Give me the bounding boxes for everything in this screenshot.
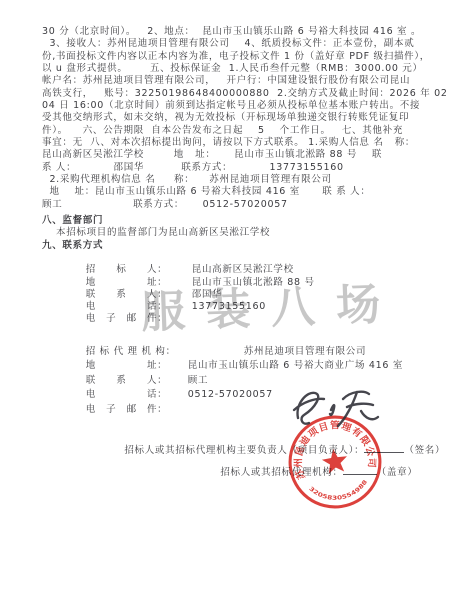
document-body: 30 分（北京时间）。 2、地点： 昆山市玉山镇乐山路 6 号裕大科技园 416… xyxy=(0,0,450,600)
body-line: 份,书面投标文件内容以正本内容为准，电子投标文件 1 份（盖好章 PDF 级扫描… xyxy=(42,51,428,63)
contact-value: 苏州昆迪项目管理有限公司 xyxy=(244,346,366,357)
contact-heading: 九、联系方式 xyxy=(42,240,270,252)
contact-label: 地 址： xyxy=(86,359,188,374)
contact-value: 昆山市玉山镇北淞路 88 号 xyxy=(192,277,315,288)
contact-label: 联 系 人： xyxy=(86,374,188,389)
contact-label: 招 标 代 理 机 构： xyxy=(86,345,244,360)
body-line: 04 日 16:00（北京时间）前须到达指定帐号且必须从投标单位基本账户转出。不… xyxy=(42,100,428,112)
body-line: 2.采购代理机构信息 名 称： 苏州昆迪项目管理有限公司 xyxy=(42,174,428,186)
body-line: 事宜：无 八、对本次招标提出询问，请按以下方式联系。 1.采购人信息 名 称： xyxy=(42,137,428,149)
body-line: 以 u 盘形式提供。 五、投标保证金 1.人民币叁仟元整（RMB：3000.00… xyxy=(42,63,428,75)
body-line: 3、接收人：苏州昆迪项目管理有限公司 4、纸质投标文件：正本壹份，副本贰 xyxy=(42,38,428,50)
body-line: 昆山高新区吴淞江学校 地 址： 昆山市玉山镇北淞路 88 号 联 xyxy=(42,149,428,161)
handwritten-signature xyxy=(291,386,381,432)
contact-label: 地 址： xyxy=(86,277,192,289)
body-line: 地 址：昆山市玉山镇乐山路 6 号裕大科技园 416 室 联 系 人： xyxy=(42,186,428,198)
contact-value: 邵国华 xyxy=(192,289,223,300)
body-line: 高铁支行， 账号：32250198648400000880 2.交纳方式及截止时… xyxy=(42,88,428,100)
body-line: 顾工 联系方式： 0512-57020057 xyxy=(42,199,428,211)
contact-value: 顾工 xyxy=(188,375,208,386)
contact-label: 电 子 邮 件： xyxy=(86,403,188,418)
body-line: 件）。 六、公告期限 自本公告发布之日起 5 个工作日。 七、其他补充 xyxy=(42,125,428,137)
contact-value: 昆山高新区吴淞江学校 xyxy=(192,264,294,275)
contact-row: 招 标 人：昆山高新区吴淞江学校 xyxy=(56,252,315,264)
body-line: 30 分（北京时间）。 2、地点： 昆山市玉山镇乐山路 6 号裕大科技园 416… xyxy=(42,26,428,38)
document-page: 服装八场 30 分（北京时间）。 2、地点： 昆山市玉山镇乐山路 6 号裕大科技… xyxy=(0,0,450,600)
supervision-body: 本招标项目的监督部门为昆山高新区吴淞江学校 xyxy=(42,227,270,239)
body-line: 受其他交纳形式，如未交纳，视为无效投标（开标现场单独递交银行转账凭证复印 xyxy=(42,112,428,124)
contact-value: 昆山市玉山镇乐山路 6 号裕大商业广场 416 室 xyxy=(188,360,403,371)
supervision-heading: 八、监督部门 xyxy=(42,215,270,227)
contact-label: 电 话： xyxy=(86,388,188,403)
tenderer-contact-block: 招 标 人：昆山高新区吴淞江学校 地 址：昆山市玉山镇北淞路 88 号 联 系 … xyxy=(56,252,315,313)
body-line: 帐户名：苏州昆迪项目管理有限公司， 开户行：中国建设银行股份有限公司昆山 xyxy=(42,75,428,87)
seal-star-icon xyxy=(321,447,349,474)
sections-block: 八、监督部门 本招标项目的监督部门为昆山高新区吴淞江学校 九、联系方式 xyxy=(42,215,270,252)
contact-value: 13773155160 xyxy=(192,301,266,312)
contact-label: 联 系 人： xyxy=(86,289,192,301)
contact-value: 0512-57020057 xyxy=(188,389,273,400)
contact-label: 电 话： xyxy=(86,301,192,313)
contact-label: 电 子 邮 件： xyxy=(86,313,192,325)
contact-row: 招 标 代 理 机 构：苏州昆迪项目管理有限公司 xyxy=(56,330,403,345)
contact-label: 招 标 人： xyxy=(86,264,192,276)
body-line: 系 人： 邵国华 联系方式： 13773155160 xyxy=(42,162,428,174)
notice-paragraph: 30 分（北京时间）。 2、地点： 昆山市玉山镇乐山路 6 号裕大科技园 416… xyxy=(42,26,428,211)
